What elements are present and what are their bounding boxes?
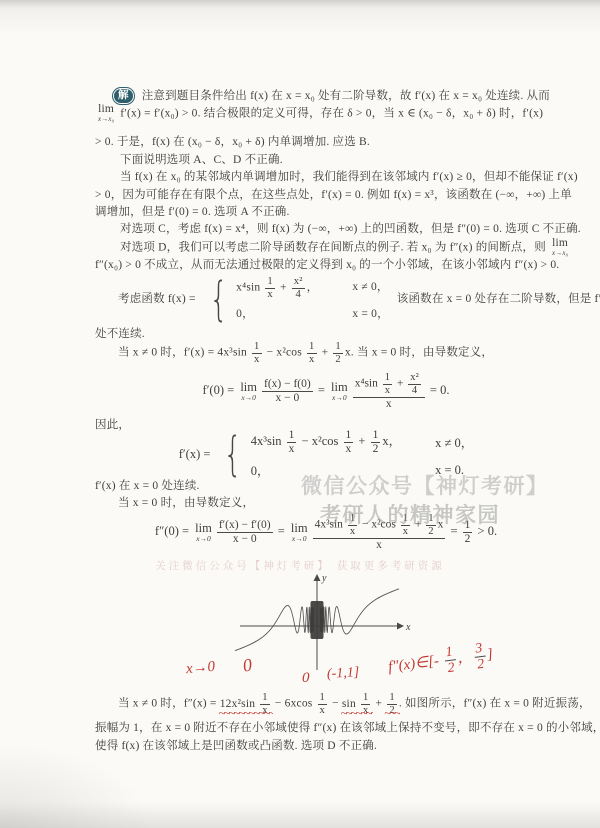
case-expression: 0， — [236, 306, 318, 323]
y-axis-arrow-icon — [314, 574, 321, 581]
left-brace: { — [224, 435, 242, 474]
dense-oscillation-band — [311, 601, 324, 639]
solution-line: 当 x ≠ 0 时，f′(x) = 4x³sin 1x − x²cos 1x +… — [118, 341, 493, 365]
solution-line: 下面说明选项 A、C、D 不正确. — [120, 152, 283, 169]
y-axis-label: y — [321, 573, 327, 584]
x-axis-label: x — [405, 622, 411, 633]
solution-line: limx→x₀ f′(x) = f′(x₀) > 0. 结合极限的定义可得，存在… — [95, 104, 543, 123]
solution-line: 振幅为 1，在 x = 0 附近不存在小邻域使得 f″(x) 在该邻域上保持不变… — [95, 720, 600, 737]
solution-line: f″(x₀) > 0 不成立，从而无法通过极限的定义得到 x₀ 的一个小邻域，在… — [95, 257, 559, 274]
solution-line: 对选项 D，我们可以考虑二阶导函数存在间断点的例子. 若 x₀ 为 f″(x) … — [120, 238, 571, 257]
equation-lhs: f′(x) = — [179, 447, 211, 462]
solution-line: > 0，因为可能存在有限个点，在这些点处，f′(x) = 0. 例如 f(x) … — [95, 187, 572, 204]
watermark-sub: 考研人的精神家园 — [320, 499, 500, 529]
case-condition: x ≠ 0， — [435, 433, 473, 451]
display-equation-fprime0: f′(0) = limx→0f(x) − f(0)x − 0 = limx→0x… — [0, 372, 600, 410]
solution-line: 解注意到题目条件给出 f(x) 在 x = x₀ 处有二阶导数，故 f′(x) … — [114, 88, 550, 105]
solution-line: f′(x) 在 x = 0 处连续. — [95, 478, 200, 495]
cases-block: { x⁴sin 1x + x²4， x ≠ 0， 0， x = 0， — [204, 276, 389, 323]
case-expression: 4x³sin 1x − x²cos 1x + 12x， — [251, 429, 401, 455]
watermark-main: 微信公众号【神灯考研】 — [301, 470, 549, 500]
handwritten-annotation: x→0 — [185, 659, 216, 678]
piecewise-after: 该函数在 x = 0 处存在二阶导数，但是 f″(x) 在 x = 0 — [397, 291, 600, 308]
solution-line: 当 f(x) 在 x₀ 的某邻域内单调增加时，我们能得到在该邻域内 f′(x) … — [120, 169, 578, 186]
solution-line: 当 x = 0 时，由导数定义， — [118, 495, 254, 512]
watermark-band: 关注微信公众号【神灯考研】 获取更多考研资源 — [155, 558, 444, 573]
left-brace: { — [209, 280, 227, 319]
case-condition: x = 0， — [352, 306, 388, 323]
case-condition: x ≠ 0， — [352, 279, 388, 296]
scanned-solution-page: 解注意到题目条件给出 f(x) 在 x = x₀ 处有二阶导数，故 f′(x) … — [0, 0, 600, 828]
solution-line: 使得 f(x) 在该邻域上是凹函数或凸函数. 选项 D 不正确. — [95, 738, 377, 755]
solution-line: 当 x ≠ 0 时，f″(x) = 12x²sin 1x − 6xcos 1x … — [118, 692, 591, 716]
handwritten-annotation: 0 — [302, 670, 310, 687]
case-expression: x⁴sin 1x + x²4， — [236, 276, 318, 300]
piecewise-intro: 考虑函数 f(x) = — [118, 291, 196, 308]
solution-line: > 0. 于是，f(x) 在 (x₀ − δ，x₀ + δ) 内单调增加. 应选… — [95, 134, 370, 151]
x-axis-arrow-icon — [397, 623, 404, 630]
solution-line: 对选项 C，考虑 f(x) = x⁴，则 f(x) 为 (−∞，+∞) 上的凹函… — [120, 221, 581, 238]
solution-line: 调增加，但是 f′(0) = 0. 选项 A 不正确. — [95, 204, 290, 221]
display-equation-fsecond0: f″(0) = limx→0f′(x) − f′(0)x − 0 = limx→… — [0, 513, 600, 551]
piecewise-f-definition: 考虑函数 f(x) = { x⁴sin 1x + x²4， x ≠ 0， 0， … — [118, 276, 600, 323]
handwritten-annotation: (-1,1] — [327, 665, 360, 683]
solution-badge: 解 — [114, 89, 133, 103]
line-text: 注意到题目条件给出 f(x) 在 x = x₀ 处有二阶导数，故 f′(x) 在… — [142, 90, 550, 102]
